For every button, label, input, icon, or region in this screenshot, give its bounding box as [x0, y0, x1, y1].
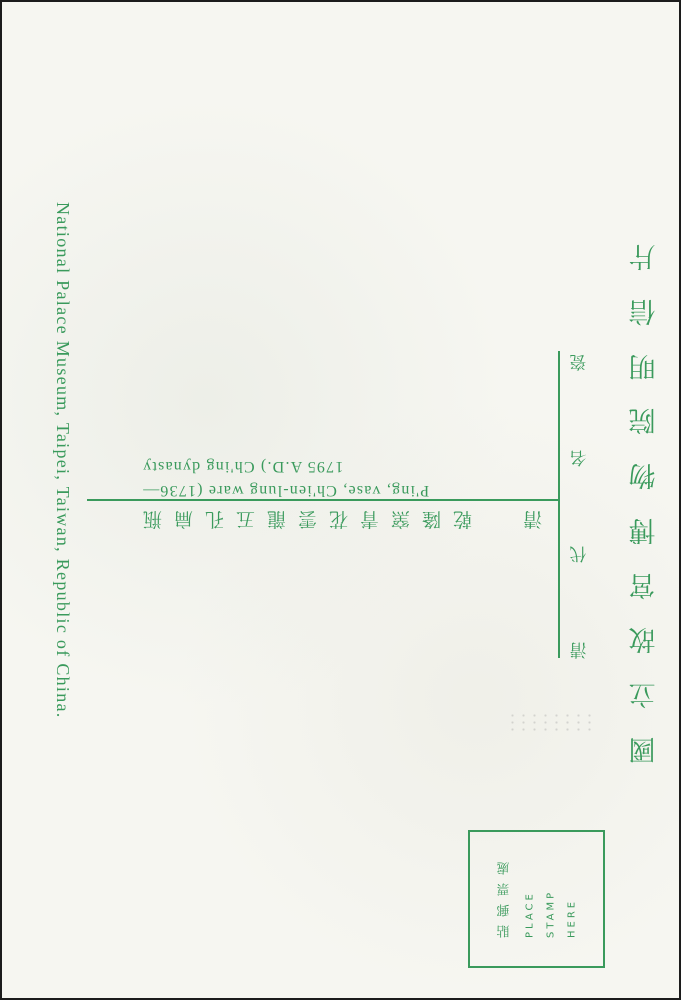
name-char: 瓶 — [143, 508, 162, 535]
title-char: 物 — [629, 461, 656, 488]
name-char: 花 — [329, 508, 348, 535]
title-char: 明 — [629, 352, 656, 379]
name-char: 雲 — [298, 508, 317, 535]
title-char: 片 — [629, 242, 656, 269]
print-speckle — [507, 712, 597, 732]
title-char: 國 — [629, 735, 656, 762]
name-char: 孔 — [205, 508, 224, 535]
postcard-title: 國 立 故 宮 博 物 院 明 信 片 — [624, 242, 660, 762]
stamp-label-en-3: HERE — [567, 832, 578, 938]
name-char: 隆 — [422, 508, 441, 535]
dynasty-label-char: 清 — [570, 640, 587, 657]
name-char: 乾 — [453, 508, 472, 535]
title-char: 宮 — [629, 571, 656, 598]
chinese-object-name: 乾 隆 窯 青 花 雲 龍 五 孔 扁 瓶 — [143, 508, 472, 535]
postcard-back: 國 立 故 宮 博 物 院 明 信 片 清 代 名 瓷 P'ing, vase,… — [2, 2, 679, 998]
name-char: 龍 — [267, 508, 286, 535]
chinese-dynasty: 清 — [472, 508, 542, 535]
field-labels: 清 代 名 瓷 — [566, 352, 590, 657]
stamp-label-zh: 貼郵票處 — [496, 832, 515, 938]
title-char: 故 — [629, 625, 656, 652]
chinese-description: 清 乾 隆 窯 青 花 雲 龍 五 孔 扁 瓶 — [130, 507, 542, 535]
stamp-label-en-1: PLACE — [525, 832, 536, 938]
stamp-box: 貼郵票處 PLACE STAMP HERE — [468, 830, 605, 968]
name-char: 五 — [236, 508, 255, 535]
dynasty-label-char: 代 — [570, 544, 587, 561]
name-char: 青 — [360, 508, 379, 535]
name-label-char: 瓷 — [570, 352, 587, 369]
english-description-line-1: P'ing, vase, Ch'ien-lung ware (1736— — [142, 478, 562, 502]
title-char: 立 — [629, 680, 656, 707]
name-label-char: 名 — [570, 448, 587, 465]
english-description-line-2: 1795 A.D.) Ch'ing dynasty — [142, 454, 562, 478]
title-char: 博 — [629, 516, 656, 543]
vertical-divider — [558, 351, 560, 658]
name-char: 扁 — [174, 508, 193, 535]
english-description: P'ing, vase, Ch'ien-lung ware (1736— 179… — [142, 442, 562, 502]
title-char: 院 — [629, 406, 656, 433]
name-char: 窯 — [391, 508, 410, 535]
stamp-label-en-2: STAMP — [546, 832, 557, 938]
publisher-text: National Palace Museum, Taipei, Taiwan, … — [52, 202, 73, 719]
title-char: 信 — [629, 297, 656, 324]
